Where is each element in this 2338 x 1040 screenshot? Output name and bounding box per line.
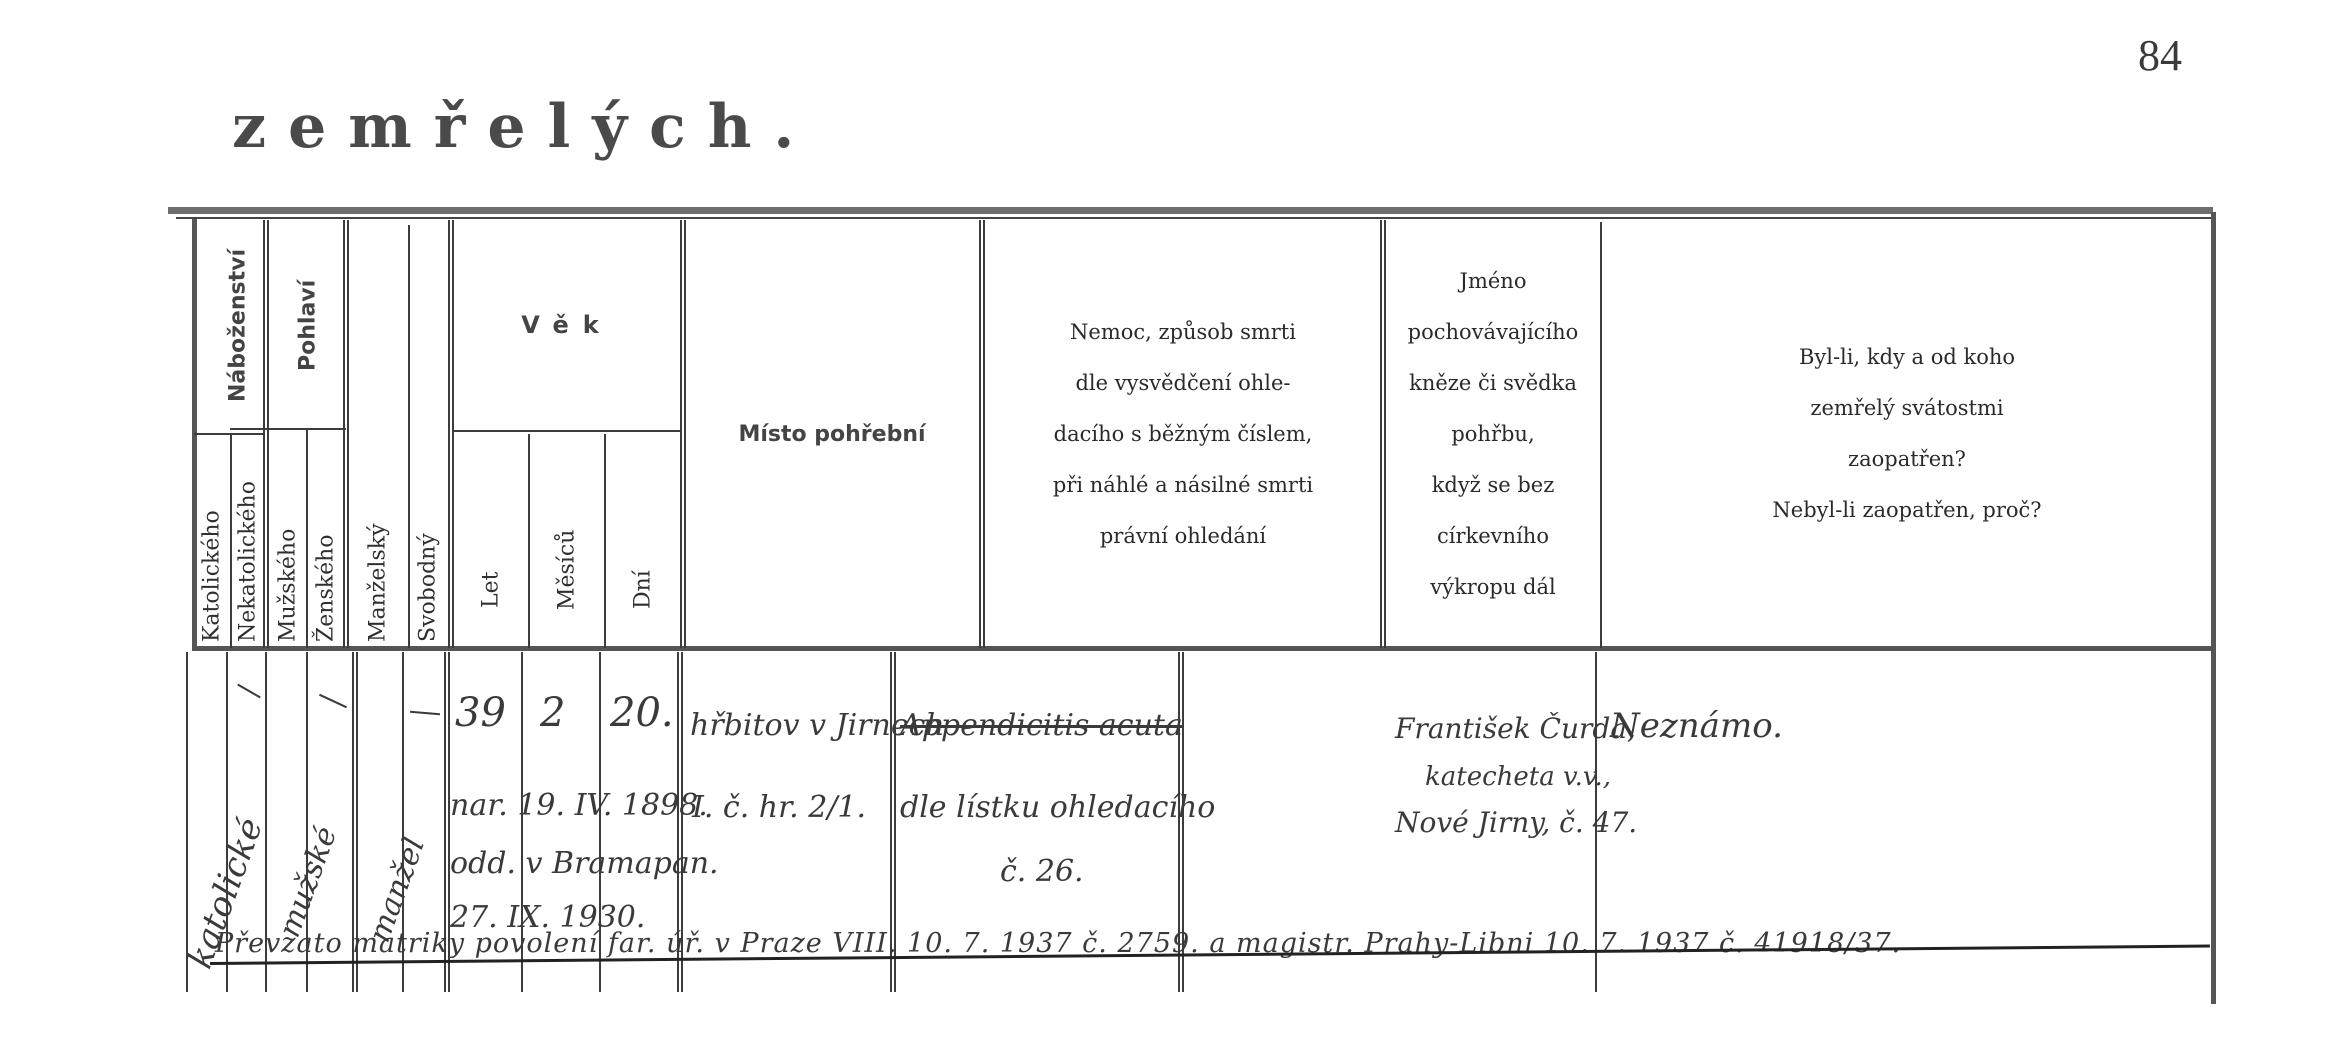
col-line-misto-nemoc (979, 220, 985, 648)
header-manzelsky: Manželský (350, 432, 406, 642)
entry-nemoc-2: dle lístku ohledacího (900, 790, 1215, 825)
table-right-border (2211, 212, 2216, 1004)
entry-misto-2: I. č. hr. 2/1. (692, 790, 866, 825)
header-pohlavi: Pohlaví (270, 222, 346, 428)
header-svobodny: Svobodný (410, 432, 446, 642)
header-let: Let (456, 540, 526, 640)
entry-nemoc-1: Appendicitis acuta (900, 708, 1183, 743)
entry-vek-dni: 20. (610, 690, 674, 736)
nabozenstvi-divider-b (230, 428, 266, 430)
header-svatosti-line-1: Byl-li, kdy a od koho (1799, 332, 2015, 383)
header-nemoc-line-2: dle vysvědčení ohle- (1075, 358, 1290, 409)
header-nemoc: Nemoc, způsob smrti dle vysvědčení ohle-… (986, 222, 1380, 646)
page-title: zemřelých. (232, 92, 816, 162)
entry-narozeni-1: nar. 19. IV. 1898. (450, 788, 708, 823)
header-jmeno-line-1: Jméno pochovávajícího (1386, 256, 1600, 358)
entry-jmeno-1: František Čurda, (1395, 712, 1636, 745)
header-nemoc-line-5: právní ohledání (1100, 511, 1266, 562)
header-mesicu: Měsíců (532, 500, 602, 640)
entry-mark-zenske (319, 694, 347, 708)
entry-svatosti: Neznámo. (1610, 706, 1783, 746)
header-misto-pohrebni: Místo pohřební (686, 222, 978, 646)
header-svatosti: Byl-li, kdy a od koho zemřelý svátostmi … (1604, 222, 2210, 646)
entry-pohlavi: mužské (272, 822, 344, 942)
header-svatosti-line-3: zaopatřen? (1848, 434, 1966, 485)
col-line-jmeno-svatosti (1600, 222, 1602, 648)
header-katolickeho: Katolického (194, 436, 230, 642)
table-top-rule-thin (176, 217, 2213, 219)
header-nemoc-line-1: Nemoc, způsob smrti (1070, 307, 1296, 358)
vek-divider (452, 430, 682, 432)
col-line-let-mes (528, 434, 530, 648)
header-svatosti-line-2: zemřelý svátostmi (1810, 383, 2003, 434)
header-jmeno-line-2: kněze či svědka pohřbu, (1386, 358, 1600, 460)
header-nemoc-line-3: dacího s běžným číslem, (1054, 409, 1313, 460)
nabozenstvi-divider (194, 433, 264, 435)
header-nemoc-line-4: při náhlé a násilné smrti (1053, 460, 1313, 511)
col-line-mes-dni (604, 434, 606, 648)
header-vek: Věk (452, 220, 682, 430)
entry-mark-nekatolicke (237, 684, 261, 699)
header-jmeno: Jméno pochovávajícího kněze či svědka po… (1386, 222, 1600, 646)
entry-mark-svobodny (410, 711, 440, 716)
header-jmeno-line-4: výkropu dál (1430, 562, 1555, 613)
header-nabozenstvi: Náboženství (214, 222, 262, 428)
header-dni: Dní (608, 540, 678, 640)
header-jmeno-line-3: když se bez církevního (1386, 460, 1600, 562)
entry-jmeno-2: katecheta v.v., (1425, 762, 1611, 792)
entry-nemoc-3: č. 26. (1000, 854, 1084, 889)
header-zenskeho: Ženského (308, 432, 344, 642)
header-svatosti-line-4: Nebyl-li zaopatřen, proč? (1772, 485, 2041, 536)
table-top-rule (168, 207, 2213, 214)
header-muzskeho: Mužského (270, 432, 306, 642)
entry-narozeni-2: odd. v Bramapan. (450, 846, 719, 881)
page-number: 84 (2138, 30, 2182, 81)
header-bottom-rule (192, 646, 2214, 651)
entry-jmeno-3: Nové Jirny, č. 47. (1395, 806, 1637, 839)
entry-vek-mesicu: 2 (540, 690, 565, 736)
header-nekatolickeho: Nekatolického (232, 436, 264, 642)
entry-vek-let: 39 (455, 690, 506, 736)
